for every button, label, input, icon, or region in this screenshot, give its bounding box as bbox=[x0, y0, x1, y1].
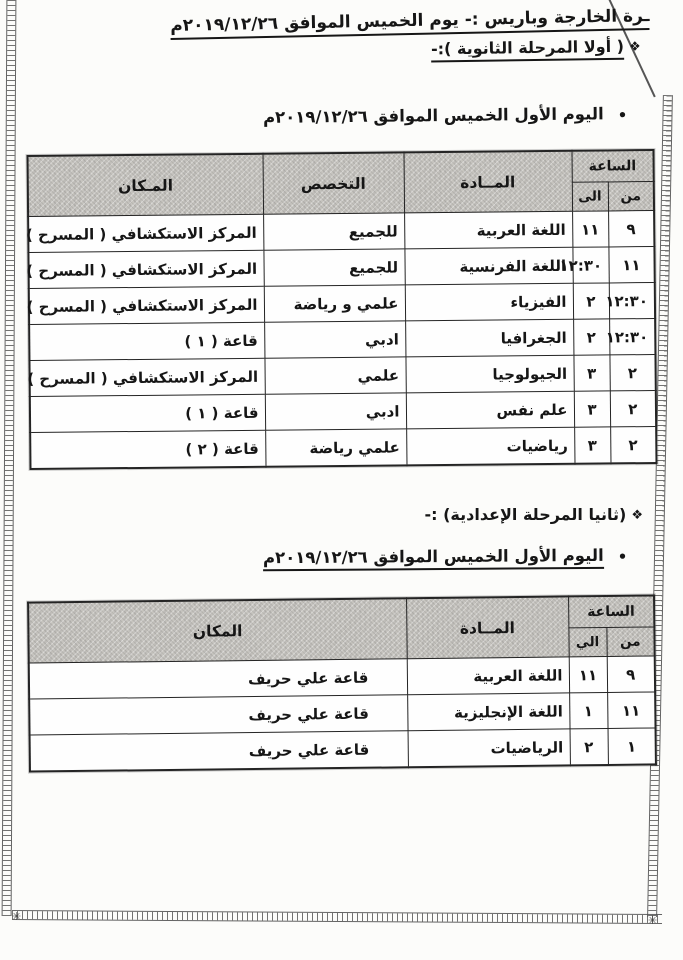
secondary-stage-schedule-table: الساعة المــادة التخصص المـكان من الى ٩ … bbox=[27, 149, 658, 470]
subject-cell: اللغة العربية bbox=[404, 211, 572, 249]
from-cell: ٢ bbox=[610, 426, 656, 463]
specialty-cell: للجميع bbox=[263, 249, 404, 286]
section-1-day-line: •اليوم الأول الخميس الموافق ٢٠١٩/١٢/٢٦م bbox=[263, 104, 627, 127]
column-header-subject: المــادة bbox=[406, 596, 569, 658]
subject-cell: الجيولوجيا bbox=[405, 355, 573, 393]
to-cell: ٢ bbox=[573, 283, 609, 319]
column-header-from: من bbox=[606, 627, 654, 657]
column-header-hour: الساعة bbox=[568, 595, 654, 627]
from-cell: ١ bbox=[608, 728, 656, 765]
subject-cell: اللغة الفرنسية bbox=[404, 247, 572, 285]
subject-cell: الجغرافيا bbox=[405, 319, 573, 357]
from-cell: ٩ bbox=[608, 210, 654, 246]
place-cell: قاعة علي حريف bbox=[29, 695, 407, 735]
section-1-day-text: اليوم الأول الخميس الموافق ٢٠١٩/١٢/٢٦م bbox=[263, 104, 604, 127]
specialty-cell: علمي bbox=[264, 357, 405, 394]
from-cell: ٢ bbox=[610, 390, 656, 426]
diamond-marker-icon: ❖ bbox=[631, 508, 643, 523]
subject-cell: الرياضيات bbox=[408, 729, 570, 767]
page-title: ـرة الخارجة وباريس :- يوم الخميس الموافق… bbox=[170, 6, 650, 36]
to-cell: ١ bbox=[569, 692, 607, 728]
table-row: ١٢:٣٠ ٢ الفيزياء علمي و رياضة المركز الا… bbox=[29, 282, 655, 324]
column-header-place: المكان bbox=[28, 598, 407, 663]
subject-cell: علم نفس bbox=[406, 391, 574, 429]
to-cell: ٣ bbox=[573, 355, 609, 391]
table-row: ٢ ٣ رياضيات علمي رياضة قاعة ( ٢ ) bbox=[30, 426, 656, 469]
place-cell: قاعة علي حريف bbox=[30, 731, 408, 772]
specialty-cell: ادبي bbox=[264, 321, 405, 358]
specialty-cell: علمي رياضة bbox=[265, 429, 406, 467]
place-cell: المركز الاستكشافي ( المسرح ) bbox=[29, 286, 264, 324]
column-header-from: من bbox=[608, 182, 654, 211]
place-cell: قاعة علي حريف bbox=[29, 659, 407, 699]
from-cell: ٩ bbox=[607, 656, 655, 693]
place-cell: قاعة ( ١ ) bbox=[29, 322, 264, 360]
bullet-icon: • bbox=[617, 547, 627, 565]
scanned-exam-schedule-page: ✳ ✳ ـرة الخارجة وباريس :- يوم الخميس الم… bbox=[0, 0, 683, 960]
from-cell: ١١ bbox=[608, 246, 654, 282]
place-cell: قاعة ( ٢ ) bbox=[30, 430, 265, 469]
corner-ornament-left: ✳ bbox=[12, 911, 21, 922]
section-2-day-line: •اليوم الأول الخميس الموافق ٢٠١٩/١٢/٢٦م bbox=[263, 546, 627, 568]
to-cell: ١١ bbox=[569, 656, 607, 692]
specialty-cell: علمي و رياضة bbox=[264, 285, 405, 322]
subject-cell: رياضيات bbox=[406, 427, 574, 465]
preparatory-stage-schedule-table: الساعة المــادة المكان من الي ٩ ١١ اللغة… bbox=[27, 594, 657, 772]
specialty-cell: للجميع bbox=[263, 213, 404, 250]
table-row: ٩ ١١ اللغة العربية للجميع المركز الاستكش… bbox=[28, 210, 654, 252]
from-cell: ١٢:٣٠ bbox=[609, 318, 655, 354]
place-cell: المركز الاستكشافي ( المسرح ) bbox=[28, 214, 263, 252]
table-row: ١ ٢ الرياضيات قاعة علي حريف bbox=[30, 728, 656, 772]
to-cell: ١٢:٣٠ bbox=[572, 247, 608, 283]
to-cell: ٣ bbox=[574, 427, 610, 464]
column-header-to: الي bbox=[568, 627, 606, 656]
place-cell: المركز الاستكشافي ( المسرح ) bbox=[28, 250, 263, 288]
table-row: ١٢:٣٠ ٢ الجغرافيا ادبي قاعة ( ١ ) bbox=[29, 318, 655, 360]
table-row: ١١ ١٢:٣٠ اللغة الفرنسية للجميع المركز ال… bbox=[28, 246, 654, 288]
from-cell: ١١ bbox=[607, 692, 655, 729]
section-2-title: (ثانيا المرحلة الإعدادية) :- bbox=[424, 505, 626, 524]
table-row: ٢ ٣ علم نفس ادبي قاعة ( ١ ) bbox=[30, 390, 656, 432]
corner-ornament-right: ✳ bbox=[648, 915, 657, 926]
from-cell: ٢ bbox=[609, 354, 655, 390]
to-cell: ٢ bbox=[573, 319, 609, 355]
page-title-text: ـرة الخارجة وباريس :- يوم الخميس الموافق… bbox=[170, 6, 650, 40]
column-header-subject: المــادة bbox=[403, 151, 572, 213]
subject-cell: اللغة العربية bbox=[407, 657, 569, 695]
from-cell: ١٢:٣٠ bbox=[609, 282, 655, 318]
column-header-specialty: التخصص bbox=[263, 152, 405, 214]
place-cell: قاعة ( ١ ) bbox=[30, 394, 265, 432]
to-cell: ٢ bbox=[570, 728, 608, 765]
subject-cell: الفيزياء bbox=[405, 283, 573, 321]
page-border-bottom bbox=[12, 910, 662, 924]
column-header-to: الى bbox=[572, 182, 608, 211]
column-header-hour: الساعة bbox=[571, 150, 653, 182]
section-1-heading: ❖( أولا المرحلة الثانوية ):- bbox=[431, 37, 641, 59]
to-cell: ١١ bbox=[572, 211, 608, 247]
page-border-left bbox=[2, 0, 17, 916]
subject-cell: اللغة الإنجليزية bbox=[407, 693, 569, 731]
section-2-day-text: اليوم الأول الخميس الموافق ٢٠١٩/١٢/٢٦م bbox=[263, 546, 604, 571]
column-header-place: المـكان bbox=[28, 154, 264, 217]
section-2-heading: ❖(ثانيا المرحلة الإعدادية) :- bbox=[424, 505, 643, 524]
specialty-cell: ادبي bbox=[265, 393, 406, 430]
bullet-icon: • bbox=[617, 106, 627, 124]
section-1-title: ( أولا المرحلة الثانوية ):- bbox=[431, 37, 624, 63]
to-cell: ٣ bbox=[574, 391, 610, 427]
table-row: ٢ ٣ الجيولوجيا علمي المركز الاستكشافي ( … bbox=[29, 354, 655, 396]
diamond-marker-icon: ❖ bbox=[629, 40, 641, 55]
place-cell: المركز الاستكشافي ( المسرح ) bbox=[29, 358, 264, 396]
